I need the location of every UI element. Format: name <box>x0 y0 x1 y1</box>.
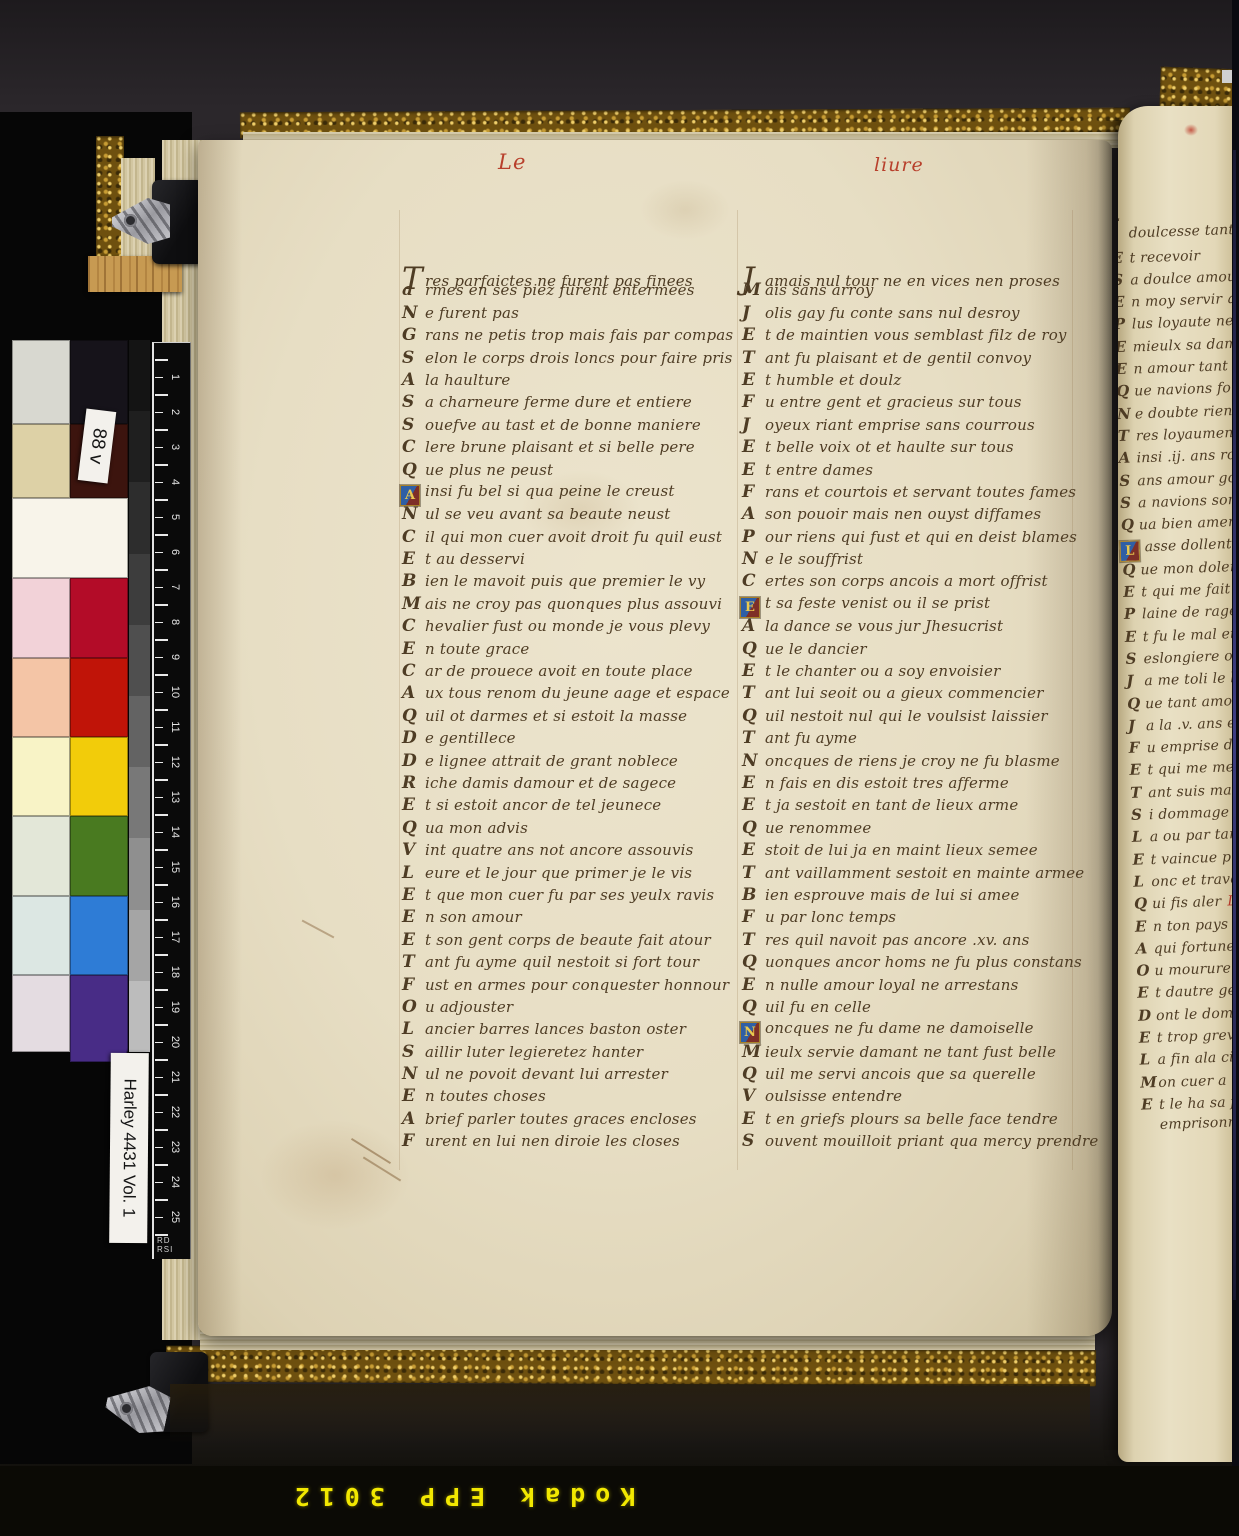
line-initial: O <box>1136 961 1155 980</box>
line-initial: A <box>402 1109 425 1129</box>
manuscript-line: Tres parfaictes ne furent pas finees <box>402 258 736 280</box>
line-initial: E <box>1118 360 1134 379</box>
manuscript-line: Saillir luter legieretez hanter <box>402 1042 736 1064</box>
line-text: stoit de lui ja en maint lieux semee <box>765 841 1038 859</box>
line-initial: C <box>402 437 425 457</box>
ruler-number: 16 <box>166 893 184 911</box>
line-initial: T <box>402 952 425 972</box>
line-initial: E <box>742 795 765 815</box>
manuscript-line: Qua mon advis <box>402 818 736 840</box>
manuscript-line: Grans ne petis trop mais fais par compas <box>402 325 736 347</box>
line-text: brief parler toutes graces encloses <box>425 1110 697 1128</box>
line-text: uil ot darmes et si estoit la masse <box>425 707 687 725</box>
color-patch <box>12 578 70 658</box>
line-initial: D <box>402 728 425 748</box>
ruler-half-tick <box>155 482 163 484</box>
manuscript-line: Furent en lui nen diroie les closes <box>402 1131 736 1153</box>
manuscript-line: Et le ha sa fame en <box>1141 1092 1232 1118</box>
line-initial: E <box>742 370 765 390</box>
manuscript-line: Nul ne povoit devant lui arrester <box>402 1064 736 1086</box>
line-text: ouefve au tast et de bonne maniere <box>425 416 701 434</box>
text-column-2: Jamais nul tour ne en vices nen prosesMa… <box>742 258 1076 1154</box>
running-header-right: liure <box>874 154 924 176</box>
manuscript-line: Tant fu ayme <box>742 728 1076 750</box>
manuscript-line: Que renommee <box>742 818 1076 840</box>
line-initial: P <box>1118 315 1132 334</box>
line-text: ieulx servie damant ne tant fust belle <box>765 1043 1056 1061</box>
manuscript-line: Quil me servi ancois que sa querelle <box>742 1064 1076 1086</box>
line-initial: T <box>402 261 425 297</box>
illuminated-initial: E <box>740 597 760 618</box>
ruler-half-tick <box>155 1217 163 1219</box>
line-initial: S <box>1120 493 1139 512</box>
line-text: t vaincue puisse <box>1150 848 1232 868</box>
manuscript-line: Tres quil navoit pas ancore .xv. ans <box>742 930 1076 952</box>
line-text: rans et courtois et servant toutes fames <box>765 483 1076 501</box>
line-initial: L <box>1139 1050 1158 1069</box>
line-text: mieulx sa dame <box>1132 335 1232 355</box>
ruler-tick <box>155 1024 168 1026</box>
color-patch <box>70 658 128 737</box>
manuscript-line: Souvent mouilloit priant qua mercy prend… <box>742 1131 1076 1153</box>
line-initial: E <box>742 840 765 860</box>
manuscript-line: Mieulx servie damant ne tant fust belle <box>742 1042 1076 1064</box>
ruler-tick <box>155 674 168 676</box>
ruler-tick <box>155 359 168 361</box>
manuscript-line: Jamais nul tour ne en vices nen proses <box>742 258 1076 280</box>
manuscript-line: Et trop grevable <box>1138 1025 1232 1051</box>
line-initial: J <box>742 415 765 435</box>
ruler-tick <box>155 1164 168 1166</box>
ruler-half-tick <box>155 1007 163 1009</box>
line-text: rans ne petis trop mais fais par compas <box>425 326 733 344</box>
manuscript-line: En toutes choses <box>402 1086 736 1108</box>
color-patch <box>12 816 70 896</box>
shelfmark-label: Harley 4431 Vol. 1 <box>118 1078 139 1217</box>
line-initial: B <box>742 885 765 905</box>
line-text: lere brune plaisant et si belle pere <box>425 438 695 456</box>
ruler-tick <box>155 1129 168 1131</box>
line-initial: E <box>742 437 765 457</box>
line-text: ant fu plaisant et de gentil convoy <box>765 349 1031 367</box>
ruler-half-tick <box>155 972 163 974</box>
line-text: insi fu bel si qua peine le creust <box>425 482 675 500</box>
line-initial: S <box>1119 471 1138 490</box>
line-initial: S <box>1125 649 1144 668</box>
gray-step <box>129 625 150 696</box>
line-initial: N <box>1118 404 1135 423</box>
ruler-half-tick <box>155 1077 163 1079</box>
ruler-tick <box>155 814 168 816</box>
manuscript-line: Qui fis alerLe <box>1134 891 1232 917</box>
manuscript-line: Sa charneure ferme dure et entiere <box>402 392 736 414</box>
ruler-half-tick <box>155 832 163 834</box>
ruler-number: 7 <box>166 578 184 596</box>
line-initial: T <box>742 728 765 748</box>
line-initial: O <box>402 997 425 1017</box>
ruler-number: 3 <box>166 438 184 456</box>
ruler-number: 15 <box>166 858 184 876</box>
line-initial <box>1118 238 1129 239</box>
manuscript-line: Et son gent corps de beaute fait atour <box>402 930 736 952</box>
line-initial: Q <box>742 997 765 1017</box>
line-initial: E <box>1123 582 1142 601</box>
line-initial: L <box>1131 828 1150 847</box>
manuscript-line: Certes son corps ancois a mort offrist <box>742 571 1076 593</box>
line-text: qui fortune ala <box>1153 937 1232 957</box>
ruler-footer-label: RD RSI <box>157 1236 190 1254</box>
shelfmark-sticker: Harley 4431 Vol. 1 <box>109 1053 149 1243</box>
gray-step <box>129 554 150 625</box>
manuscript-line: Jolis gay fu conte sans nul desroy <box>742 303 1076 325</box>
line-text: n ton pays desto <box>1153 914 1232 934</box>
line-text: ancier barres lances baston oster <box>425 1020 686 1038</box>
line-text: int quatre ans not ancore assouvis <box>425 841 694 859</box>
line-initial: M <box>1140 1073 1159 1092</box>
ruler-number: 14 <box>166 823 184 841</box>
ruler-half-tick <box>155 797 163 799</box>
manuscript-line: Ou adjouster <box>402 997 736 1019</box>
line-initial: Q <box>1134 894 1153 913</box>
ruler: RD RSI 123456789101112131415161718192021… <box>152 342 191 1259</box>
line-initial: E <box>402 639 425 659</box>
line-initial: E <box>402 930 425 950</box>
illuminated-initial: L <box>1119 541 1140 563</box>
color-patch <box>12 498 128 578</box>
manuscript-line: En ton pays desto <box>1135 913 1232 939</box>
line-text: ais ne croy pas quonques plus assouvi <box>425 595 722 613</box>
line-text: ul ne povoit devant lui arrester <box>425 1065 668 1083</box>
ruler-number: 2 <box>166 403 184 421</box>
manuscript-line: La fin ala cil qui t <box>1139 1047 1232 1073</box>
line-initial: E <box>1135 917 1154 936</box>
line-initial: A <box>1118 449 1137 468</box>
color-patch <box>70 578 128 658</box>
line-initial: T <box>742 348 765 368</box>
ruler-tick <box>155 709 168 711</box>
line-text: t qui me fait ta <box>1141 581 1232 601</box>
manuscript-line: Fust en armes pour conquester honnour <box>402 975 736 997</box>
ruling-line <box>399 210 400 1170</box>
folio-number-label: 88 v <box>84 427 110 465</box>
color-patch <box>12 737 70 816</box>
line-initial: C <box>402 616 425 636</box>
line-initial: Q <box>1122 560 1141 579</box>
gray-step <box>129 910 150 981</box>
line-text: t entre dames <box>765 461 873 479</box>
manuscript-line: Et dautre gent bo <box>1137 980 1232 1006</box>
line-initial: E <box>1138 1028 1157 1047</box>
ruler-tick <box>155 499 168 501</box>
line-text: hevalier fust ou monde je vous plevy <box>425 617 710 635</box>
line-text: olis gay fu conte sans nul desroy <box>765 304 1020 322</box>
line-initial: Q <box>402 460 425 480</box>
line-initial: A <box>402 370 425 390</box>
manuscript-line: Ason pouoir mais nen ouyst diffames <box>742 504 1076 526</box>
ruler-tick <box>155 604 168 606</box>
line-text: ul se veu avant sa beaute neust <box>425 505 670 523</box>
line-initial: A <box>742 504 765 524</box>
line-initial: E <box>1141 1095 1160 1114</box>
manuscript-line: Noncques ne fu dame ne damoiselle <box>742 1019 1076 1041</box>
ruler-half-tick <box>155 657 163 659</box>
line-text: ue tant amoye <box>1145 692 1232 712</box>
color-patch <box>70 896 128 975</box>
line-text: n son amour <box>425 908 522 926</box>
line-text: urent en lui nen diroie les closes <box>425 1132 680 1150</box>
ruler-number: 4 <box>166 473 184 491</box>
manuscript-line: Leure et le jour que primer je le vis <box>402 863 736 885</box>
line-text: il qui mon cuer avoit droit fu quil eust <box>425 528 722 546</box>
line-text: rmes en ses piez furent entermees <box>425 281 695 299</box>
manuscript-line: Aqui fortune ala <box>1135 936 1232 962</box>
line-initial: A <box>1135 939 1154 958</box>
ruler-number: 18 <box>166 963 184 981</box>
line-initial: F <box>402 975 425 995</box>
line-initial: Q <box>402 706 425 726</box>
ruler-half-tick <box>155 412 163 414</box>
line-text: ue renommee <box>765 819 871 837</box>
line-text: asse dollente o <box>1144 536 1232 556</box>
manuscript-line: Ne le souffrist <box>742 549 1076 571</box>
gray-step <box>129 482 150 553</box>
ruler-number: 19 <box>166 998 184 1016</box>
line-initial <box>1142 1129 1160 1130</box>
line-text: our riens qui fust et qui en deist blame… <box>765 528 1077 546</box>
ruler-number: 9 <box>166 648 184 666</box>
line-initial: E <box>402 795 425 815</box>
ruler-tick <box>155 1094 168 1096</box>
line-initial: E <box>742 773 765 793</box>
line-text: ust en armes pour conquester honnour <box>425 976 729 994</box>
ruler-tick <box>155 919 168 921</box>
line-text: ant fu ayme <box>765 729 857 747</box>
ruler-half-tick <box>155 762 163 764</box>
ruler-number: 10 <box>166 683 184 701</box>
line-initial: Q <box>742 952 765 972</box>
manuscript-line: Ainsi fu bel si qua peine le creust <box>402 482 736 504</box>
line-text: ais sans arroy <box>765 281 874 299</box>
line-text: t belle voix ot et haulte sur tous <box>765 438 1014 456</box>
line-text: ui fis aler <box>1152 894 1222 912</box>
ruler-half-tick <box>155 552 163 554</box>
line-text: ertes son corps ancois a mort offrist <box>765 572 1048 590</box>
manuscript-line: Ou moururent tu <box>1136 958 1232 984</box>
line-text: oncques ne fu dame ne damoiselle <box>765 1019 1034 1037</box>
manuscript-line: En son amour <box>402 907 736 929</box>
gray-step <box>129 696 150 767</box>
line-text: eure et le jour que primer je le vis <box>425 864 692 882</box>
ruler-half-tick <box>155 517 163 519</box>
manuscript-line: Quil fu en celle <box>742 997 1076 1019</box>
ruler-tick <box>155 1199 168 1201</box>
line-text: aillir luter legieretez hanter <box>425 1043 643 1061</box>
line-initial: Q <box>402 818 425 838</box>
line-text: e doubte riens f <box>1135 402 1232 422</box>
manuscript-line: De lignee attrait de grant noblece <box>402 751 736 773</box>
manuscript-line: Cil qui mon cuer avoit droit fu quil eus… <box>402 527 736 549</box>
line-text: u adjouster <box>425 998 513 1016</box>
line-text: t dautre gent bo <box>1155 981 1232 1001</box>
ruler-half-tick <box>155 867 163 869</box>
line-text: ien esprouve mais de lui si amee <box>765 886 1020 904</box>
line-initial: N <box>742 751 765 771</box>
manuscript-line: Tant vaillamment sestoit en mainte armee <box>742 863 1076 885</box>
line-text: n toute grace <box>425 640 529 658</box>
ruler-number: 6 <box>166 543 184 561</box>
manuscript-line: Et entre dames <box>742 460 1076 482</box>
line-initial: V <box>742 1086 765 1106</box>
manuscript-line: Mon cuer a mort do <box>1140 1069 1232 1095</box>
manuscript-line: Et sa feste venist ou il se prist <box>742 594 1076 616</box>
line-initial: S <box>1131 805 1150 824</box>
gilt-left-edge <box>96 136 124 260</box>
line-text: i dommage mau <box>1149 803 1232 823</box>
manuscript-line: Bien le mavoit puis que premier le vy <box>402 571 736 593</box>
text-column-1: Tres parfaictes ne furent pas fineesarme… <box>402 258 736 1154</box>
manuscript-line: Mais ne croy pas quonques plus assouvi <box>402 594 736 616</box>
manuscript-line: Et le chanter ou a soy envoisier <box>742 661 1076 683</box>
ruler-half-tick <box>155 622 163 624</box>
line-text: a doulce amour <box>1130 268 1232 288</box>
line-text: e le souffrist <box>765 550 863 568</box>
manuscript-line: Selon le corps drois loncs pour faire pr… <box>402 348 736 370</box>
line-initial: Q <box>1118 382 1135 401</box>
line-initial: Q <box>742 706 765 726</box>
line-initial: T <box>1130 783 1149 802</box>
line-initial: S <box>402 392 425 412</box>
line-initial: C <box>402 527 425 547</box>
line-initial: E <box>742 325 765 345</box>
manuscript-line: Voulsisse entendre <box>742 1086 1076 1108</box>
line-text: n amour tant <box>1133 358 1228 377</box>
line-text: uil me servi ancois que sa querelle <box>765 1065 1036 1083</box>
ruler-tick <box>155 394 168 396</box>
ruler-tick <box>155 534 168 536</box>
manuscript-line: Et humble et doulz <box>742 370 1076 392</box>
line-text: on cuer a mort do <box>1158 1070 1232 1091</box>
line-text: t le ha sa fame en <box>1159 1092 1232 1113</box>
ruler-number: 13 <box>166 788 184 806</box>
verso-left-shading <box>198 140 242 1336</box>
line-text: t le chanter ou a soy envoisier <box>765 662 1000 680</box>
line-text: ue plus ne peust <box>425 461 553 479</box>
line-initial: Q <box>742 818 765 838</box>
manuscript-line: Pour riens qui fust et qui en deist blam… <box>742 527 1076 549</box>
line-text: oncques de riens je croy ne fu blasme <box>765 752 1060 770</box>
gray-step <box>129 981 150 1052</box>
line-initial: J <box>742 261 765 297</box>
line-text: ux tous renom du jeune aage et espace <box>425 684 730 702</box>
line-text: oulsisse entendre <box>765 1087 902 1105</box>
line-text: insi .ij. ans ro <box>1136 447 1232 466</box>
ruler-number: 8 <box>166 613 184 631</box>
line-initial: T <box>742 930 765 950</box>
film-blue-line <box>1233 150 1236 1300</box>
line-initial: N <box>402 1064 425 1084</box>
ruler-half-tick <box>155 902 163 904</box>
line-initial: D <box>402 751 425 771</box>
line-initial: V <box>402 840 425 860</box>
line-text: ont le dommage <box>1156 1004 1232 1024</box>
line-text: ua mon advis <box>425 819 528 837</box>
line-initial: L <box>1133 872 1152 891</box>
manuscript-line: En toute grace <box>402 639 736 661</box>
line-initial: E <box>1132 850 1151 869</box>
stain-spot <box>640 180 730 240</box>
line-text: e lignee attrait de grant noblece <box>425 752 678 770</box>
line-initial: E <box>742 975 765 995</box>
line-initial: N <box>742 549 765 569</box>
manuscript-page-recto: Ldoulcesse tantEt recevoirSa doulce amou… <box>1118 106 1232 1462</box>
manuscript-line: Souefve au tast et de bonne maniere <box>402 415 736 437</box>
line-text: n nulle amour loyal ne arrestans <box>765 976 1019 994</box>
line-text: res loyaument <box>1136 425 1232 445</box>
manuscript-line: Chevalier fust ou monde je vous plevy <box>402 616 736 638</box>
ruling-line <box>737 210 738 1170</box>
manuscript-line: Et que mon cuer fu par ses yeulx ravis <box>402 885 736 907</box>
line-initial: G <box>402 325 425 345</box>
ruler-tick <box>155 639 168 641</box>
manuscript-line: Que plus ne peust <box>402 460 736 482</box>
line-text: doulcesse tant <box>1128 222 1232 242</box>
line-text: u moururent tu <box>1154 959 1232 979</box>
color-patch <box>12 975 70 1052</box>
line-initial: M <box>402 594 425 614</box>
line-initial: E <box>1118 248 1130 267</box>
line-text: elon le corps drois loncs pour faire pri… <box>425 349 732 367</box>
ruler-number: 20 <box>166 1033 184 1051</box>
line-initial: S <box>402 1042 425 1062</box>
manuscript-line: emprisonna <box>1142 1114 1232 1140</box>
clip-hole-top-icon <box>124 214 137 227</box>
manuscript-line: Quil nestoit nul qui le voulsist laissie… <box>742 706 1076 728</box>
ruler-half-tick <box>155 1182 163 1184</box>
line-initial: E <box>742 1109 765 1129</box>
line-text: t qui me met de <box>1147 759 1232 779</box>
line-initial: F <box>742 482 765 502</box>
gilt-bottom-edge <box>166 1346 1096 1387</box>
line-text: n moy servir q <box>1131 291 1232 311</box>
line-text: a navions som <box>1138 492 1232 512</box>
manuscript-line: Car de prouece avoit en toute place <box>402 661 736 683</box>
ruler-tick <box>155 569 168 571</box>
line-initial: N <box>402 504 425 524</box>
illuminated-initial: N <box>740 1022 760 1043</box>
color-patch <box>12 658 70 737</box>
ruler-number: 17 <box>166 928 184 946</box>
ruler-tick <box>155 884 168 886</box>
line-text: t recevoir <box>1129 248 1200 266</box>
ruler-half-tick <box>155 587 163 589</box>
line-text: a me toli le bel <box>1144 670 1232 690</box>
line-text: emprisonna <box>1160 1114 1232 1133</box>
line-text: a fin ala cil qui t <box>1157 1048 1232 1068</box>
ruler-tick <box>155 1234 168 1236</box>
manuscript-line: De gentillece <box>402 728 736 750</box>
line-text: t son gent corps de beaute fait atour <box>425 931 711 949</box>
line-text: t trop grevable <box>1157 1026 1232 1046</box>
line-initial: T <box>1118 426 1136 445</box>
line-text: oyeux riant emprise sans courrous <box>765 416 1035 434</box>
manuscript-line: Que le dancier <box>742 639 1076 661</box>
manuscript-line: Et au desservi <box>402 549 736 571</box>
ruler-tick <box>155 744 168 746</box>
line-text: a charneure ferme dure et entiere <box>425 393 692 411</box>
gray-step <box>129 340 150 411</box>
line-initial: N <box>402 303 425 323</box>
manuscript-line: Et ja sestoit en tant de lieux arme <box>742 795 1076 817</box>
